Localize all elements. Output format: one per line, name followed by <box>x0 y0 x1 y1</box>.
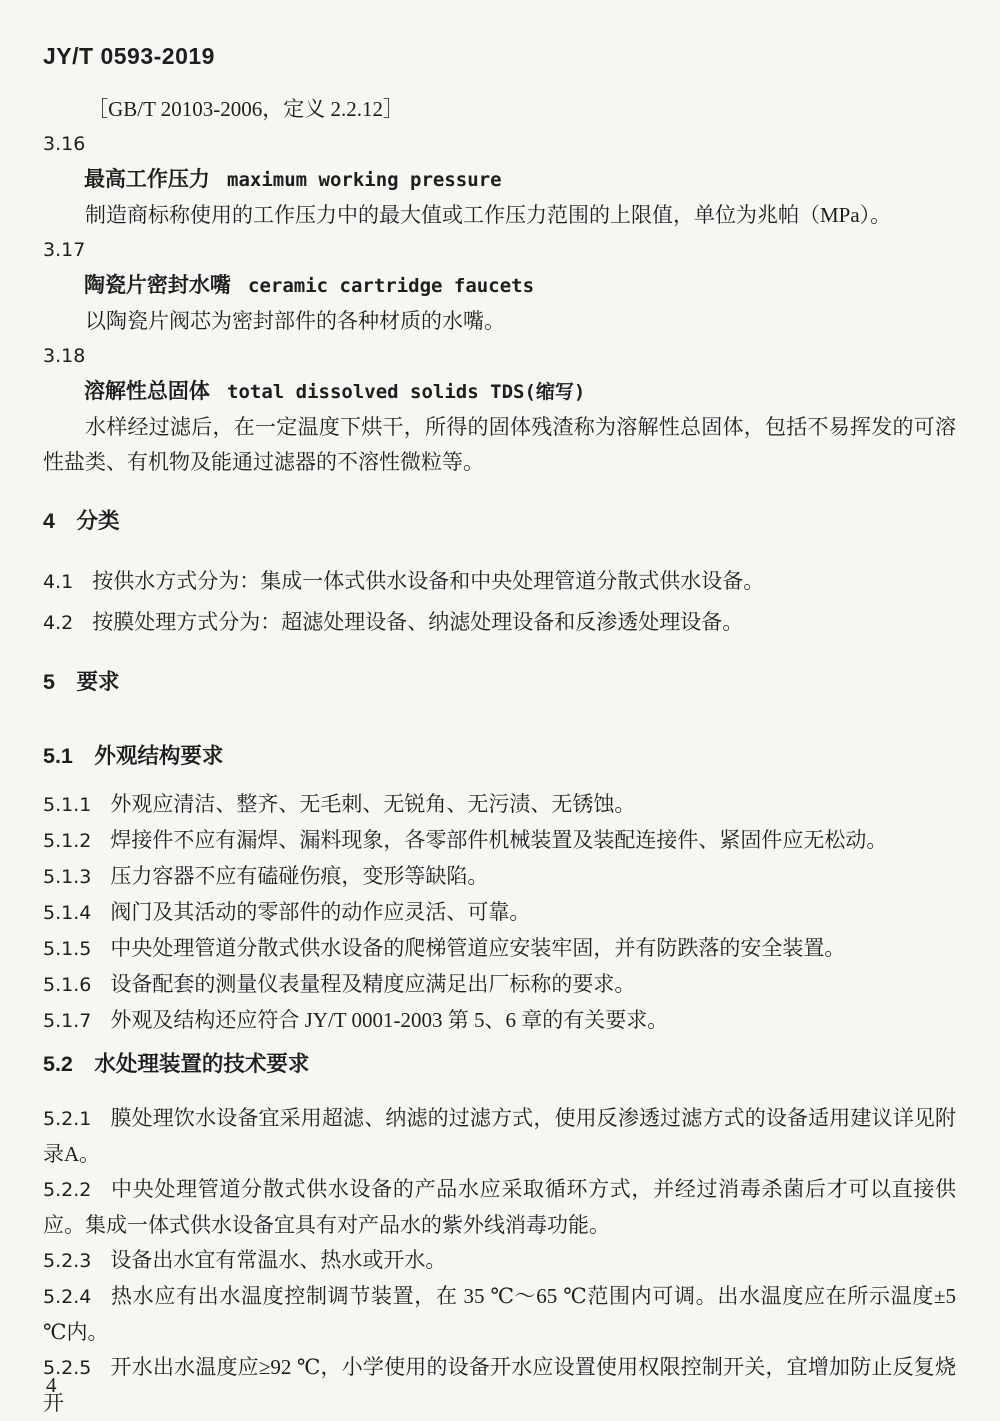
clause-number: 5.1.5 <box>43 938 91 960</box>
clause: 5.1.3压力容器不应有磕碰伤痕，变形等缺陷。 <box>43 859 956 895</box>
reference-note: ［GB/T 20103-2006，定义 2.2.12］ <box>43 92 956 127</box>
clause: 5.2.1膜处理饮水设备宜采用超滤、纳滤的过滤方式，使用反渗透过滤方式的设备适用… <box>43 1101 956 1172</box>
clause: 5.2.2中央处理管道分散式供水设备的产品水应采取循环方式，并经过消毒杀菌后才可… <box>43 1172 956 1243</box>
clause-number: 5.1.1 <box>43 794 91 816</box>
clause: 4.2按膜处理方式分为：超滤处理设备、纳滤处理设备和反渗透处理设备。 <box>43 602 956 643</box>
clause: 5.1.4阀门及其活动的零部件的动作应灵活、可靠。 <box>43 895 956 931</box>
clause: 5.2.5开水出水温度应≥92 ℃，小学使用的设备开水应设置使用权限控制开关，宜… <box>43 1350 956 1421</box>
clause-text: 中央处理管道分散式供水设备的产品水应采取循环方式，并经过消毒杀菌后才可以直接供应… <box>43 1177 956 1237</box>
term-definition: 以陶瓷片阀芯为密封部件的各种材质的水嘴。 <box>43 304 956 339</box>
clause-text: 外观应清洁、整齐、无毛刺、无锐角、无污渍、无锈蚀。 <box>110 792 635 816</box>
term-clause-number: 3.17 <box>43 233 956 268</box>
clause: 4.1按供水方式分为：集成一体式供水设备和中央处理管道分散式供水设备。 <box>43 561 956 602</box>
clause: 5.2.3设备出水宜有常温水、热水或开水。 <box>43 1243 956 1279</box>
section-number: 5.2 <box>43 1052 73 1076</box>
clause-number: 4.2 <box>43 612 73 634</box>
clause: 5.1.7外观及结构还应符合 JY/T 0001-2003 第 5、6 章的有关… <box>43 1003 956 1039</box>
document-page: JY/T 0593-2019 ［GB/T 20103-2006，定义 2.2.1… <box>0 0 1000 1421</box>
clause-text: 焊接件不应有漏焊、漏料现象，各零部件机械装置及装配连接件、紧固件应无松动。 <box>110 828 887 852</box>
clause: 5.1.6设备配套的测量仪表量程及精度应满足出厂标称的要求。 <box>43 967 956 1003</box>
section-number: 5.1 <box>43 744 73 768</box>
clause-text: 设备出水宜有常温水、热水或开水。 <box>110 1248 446 1272</box>
chapter-4-clauses: 4.1按供水方式分为：集成一体式供水设备和中央处理管道分散式供水设备。 4.2按… <box>43 561 956 643</box>
term-definition: 水样经过滤后，在一定温度下烘干，所得的固体残渣称为溶解性总固体，包括不易挥发的可… <box>43 410 956 480</box>
term-clause-number: 3.16 <box>43 127 956 162</box>
clause-text: 按膜处理方式分为：超滤处理设备、纳滤处理设备和反渗透处理设备。 <box>92 610 743 634</box>
standard-number-header: JY/T 0593-2019 <box>43 43 956 70</box>
clause-number: 5.1.7 <box>43 1010 91 1032</box>
clause-text: 阀门及其活动的零部件的动作应灵活、可靠。 <box>110 900 530 924</box>
chapter-title: 分类 <box>76 509 119 533</box>
clause-number: 5.1.2 <box>43 830 91 852</box>
section-heading: 5.1外观结构要求 <box>43 741 956 771</box>
term-name-en: maximum working pressure <box>227 169 502 191</box>
section-title: 外观结构要求 <box>94 744 223 768</box>
term-name-zh: 最高工作压力 <box>84 168 210 191</box>
clause-text: 膜处理饮水设备宜采用超滤、纳滤的过滤方式，使用反渗透过滤方式的设备适用建议详见附… <box>43 1106 956 1166</box>
clause-number: 5.1.3 <box>43 866 91 888</box>
clause-text: 压力容器不应有磕碰伤痕，变形等缺陷。 <box>110 864 488 888</box>
term-name-en: ceramic cartridge faucets <box>248 275 534 297</box>
clause: 5.1.2焊接件不应有漏焊、漏料现象，各零部件机械装置及装配连接件、紧固件应无松… <box>43 823 956 859</box>
chapter-title: 要求 <box>76 670 119 694</box>
clause: 5.1.5中央处理管道分散式供水设备的爬梯管道应安装牢固，并有防跌落的安全装置。 <box>43 931 956 967</box>
clause-number: 5.2.3 <box>43 1250 91 1272</box>
clause-text: 热水应有出水温度控制调节装置，在 35 ℃～65 ℃范围内可调。出水温度应在所示… <box>43 1284 956 1344</box>
clause-text: 外观及结构还应符合 JY/T 0001-2003 第 5、6 章的有关要求。 <box>110 1008 668 1032</box>
chapter-number: 5 <box>43 670 55 694</box>
term-name-zh: 溶解性总固体 <box>84 380 210 403</box>
clause-number: 5.2.4 <box>43 1286 91 1308</box>
term-entry: 溶解性总固体total dissolved solids TDS(缩写) <box>43 374 956 410</box>
clause-text: 中央处理管道分散式供水设备的爬梯管道应安装牢固，并有防跌落的安全装置。 <box>110 936 845 960</box>
term-entry: 陶瓷片密封水嘴ceramic cartridge faucets <box>43 268 956 304</box>
chapter-number: 4 <box>43 509 55 533</box>
term-name-zh: 陶瓷片密封水嘴 <box>84 274 231 297</box>
clause-number: 5.2.1 <box>43 1108 91 1130</box>
page-number: 4 <box>46 1368 57 1403</box>
term-clause-number: 3.18 <box>43 339 956 374</box>
chapter-heading: 5要求 <box>43 667 956 697</box>
section-heading: 5.2水处理装置的技术要求 <box>43 1049 956 1079</box>
term-definition: 制造商标称使用的工作压力中的最大值或工作压力范围的上限值，单位为兆帕（MPa）。 <box>43 198 956 233</box>
term-entry: 最高工作压力maximum working pressure <box>43 162 956 198</box>
clause-text: 按供水方式分为：集成一体式供水设备和中央处理管道分散式供水设备。 <box>92 569 764 593</box>
section-title: 水处理装置的技术要求 <box>94 1052 309 1076</box>
clause-text: 开水出水温度应≥92 ℃，小学使用的设备开水应设置使用权限控制开关，宜增加防止反… <box>43 1355 956 1415</box>
clause: 5.1.1外观应清洁、整齐、无毛刺、无锐角、无污渍、无锈蚀。 <box>43 787 956 823</box>
clause-number: 5.1.4 <box>43 902 91 924</box>
chapter-heading: 4分类 <box>43 506 956 536</box>
clause: 5.2.4热水应有出水温度控制调节装置，在 35 ℃～65 ℃范围内可调。出水温… <box>43 1279 956 1350</box>
clause-number: 5.2.2 <box>43 1179 91 1201</box>
clause-number: 5.1.6 <box>43 974 91 996</box>
clause-number: 4.1 <box>43 571 73 593</box>
term-name-en: total dissolved solids TDS(缩写) <box>227 381 585 403</box>
clause-text: 设备配套的测量仪表量程及精度应满足出厂标称的要求。 <box>110 972 635 996</box>
